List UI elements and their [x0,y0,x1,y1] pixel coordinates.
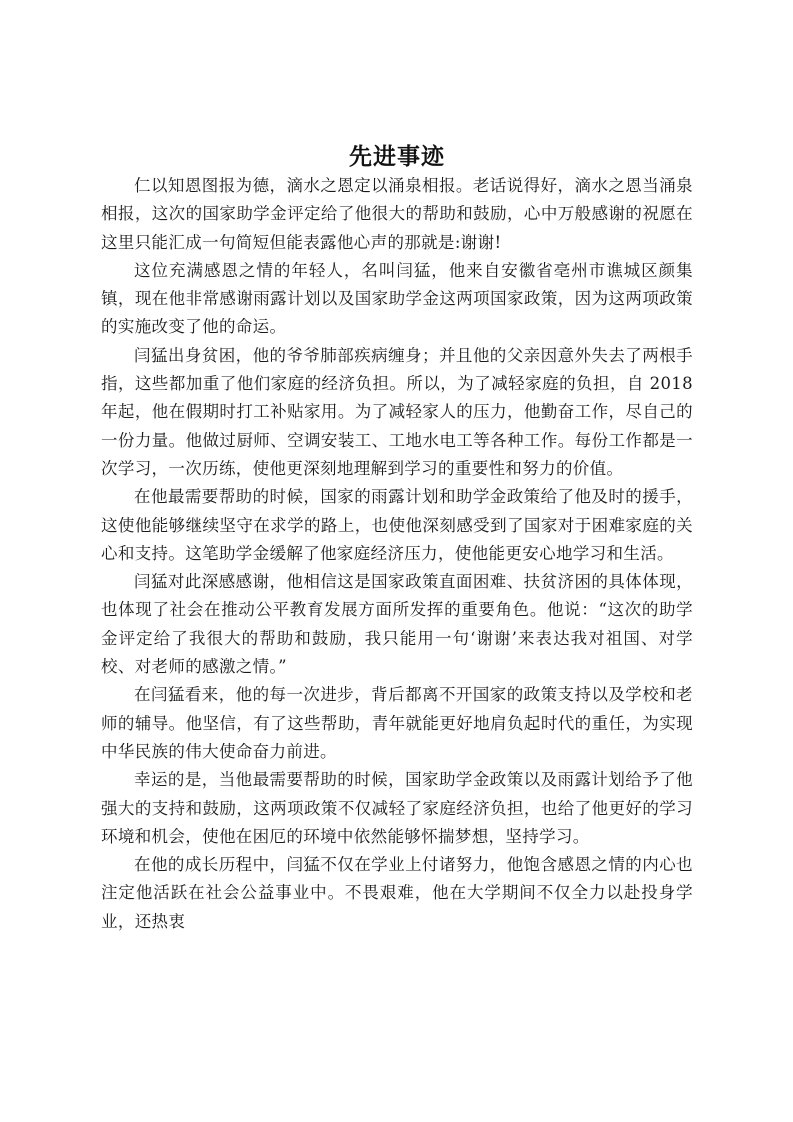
document-page: 先进事迹 仁以知恩图报为德，滴水之恩定以涌泉相报。老话说得好，滴水之恩当涌泉相报… [101,142,693,936]
paragraph-4: 在他最需要帮助的时候，国家的雨露计划和助学金政策给了他及时的援手，这使他能够继续… [101,483,693,568]
paragraph-2: 这位充满感恩之情的年轻人，名叫闫猛，他来自安徽省亳州市谯城区颜集镇，现在他非常感… [101,257,693,342]
paragraph-1: 仁以知恩图报为德，滴水之恩定以涌泉相报。老话说得好，滴水之恩当涌泉相报，这次的国… [101,172,693,257]
paragraph-5: 闫猛对此深感感谢，他相信这是国家政策直面困难、扶贫济困的具体体现，也体现了社会在… [101,568,693,681]
document-title: 先进事迹 [101,142,693,172]
paragraph-6: 在闫猛看来，他的每一次进步，背后都离不开国家的政策支持以及学校和老师的辅导。他坚… [101,681,693,766]
paragraph-7: 幸运的是，当他最需要帮助的时候，国家助学金政策以及雨露计划给予了他强大的支持和鼓… [101,766,693,851]
paragraph-8: 在他的成长历程中，闫猛不仅在学业上付诸努力，他饱含感恩之情的内心也注定他活跃在社… [101,851,693,936]
paragraph-3: 闫猛出身贫困，他的爷爷肺部疾病缠身；并且他的父亲因意外失去了两根手指，这些都加重… [101,342,693,483]
